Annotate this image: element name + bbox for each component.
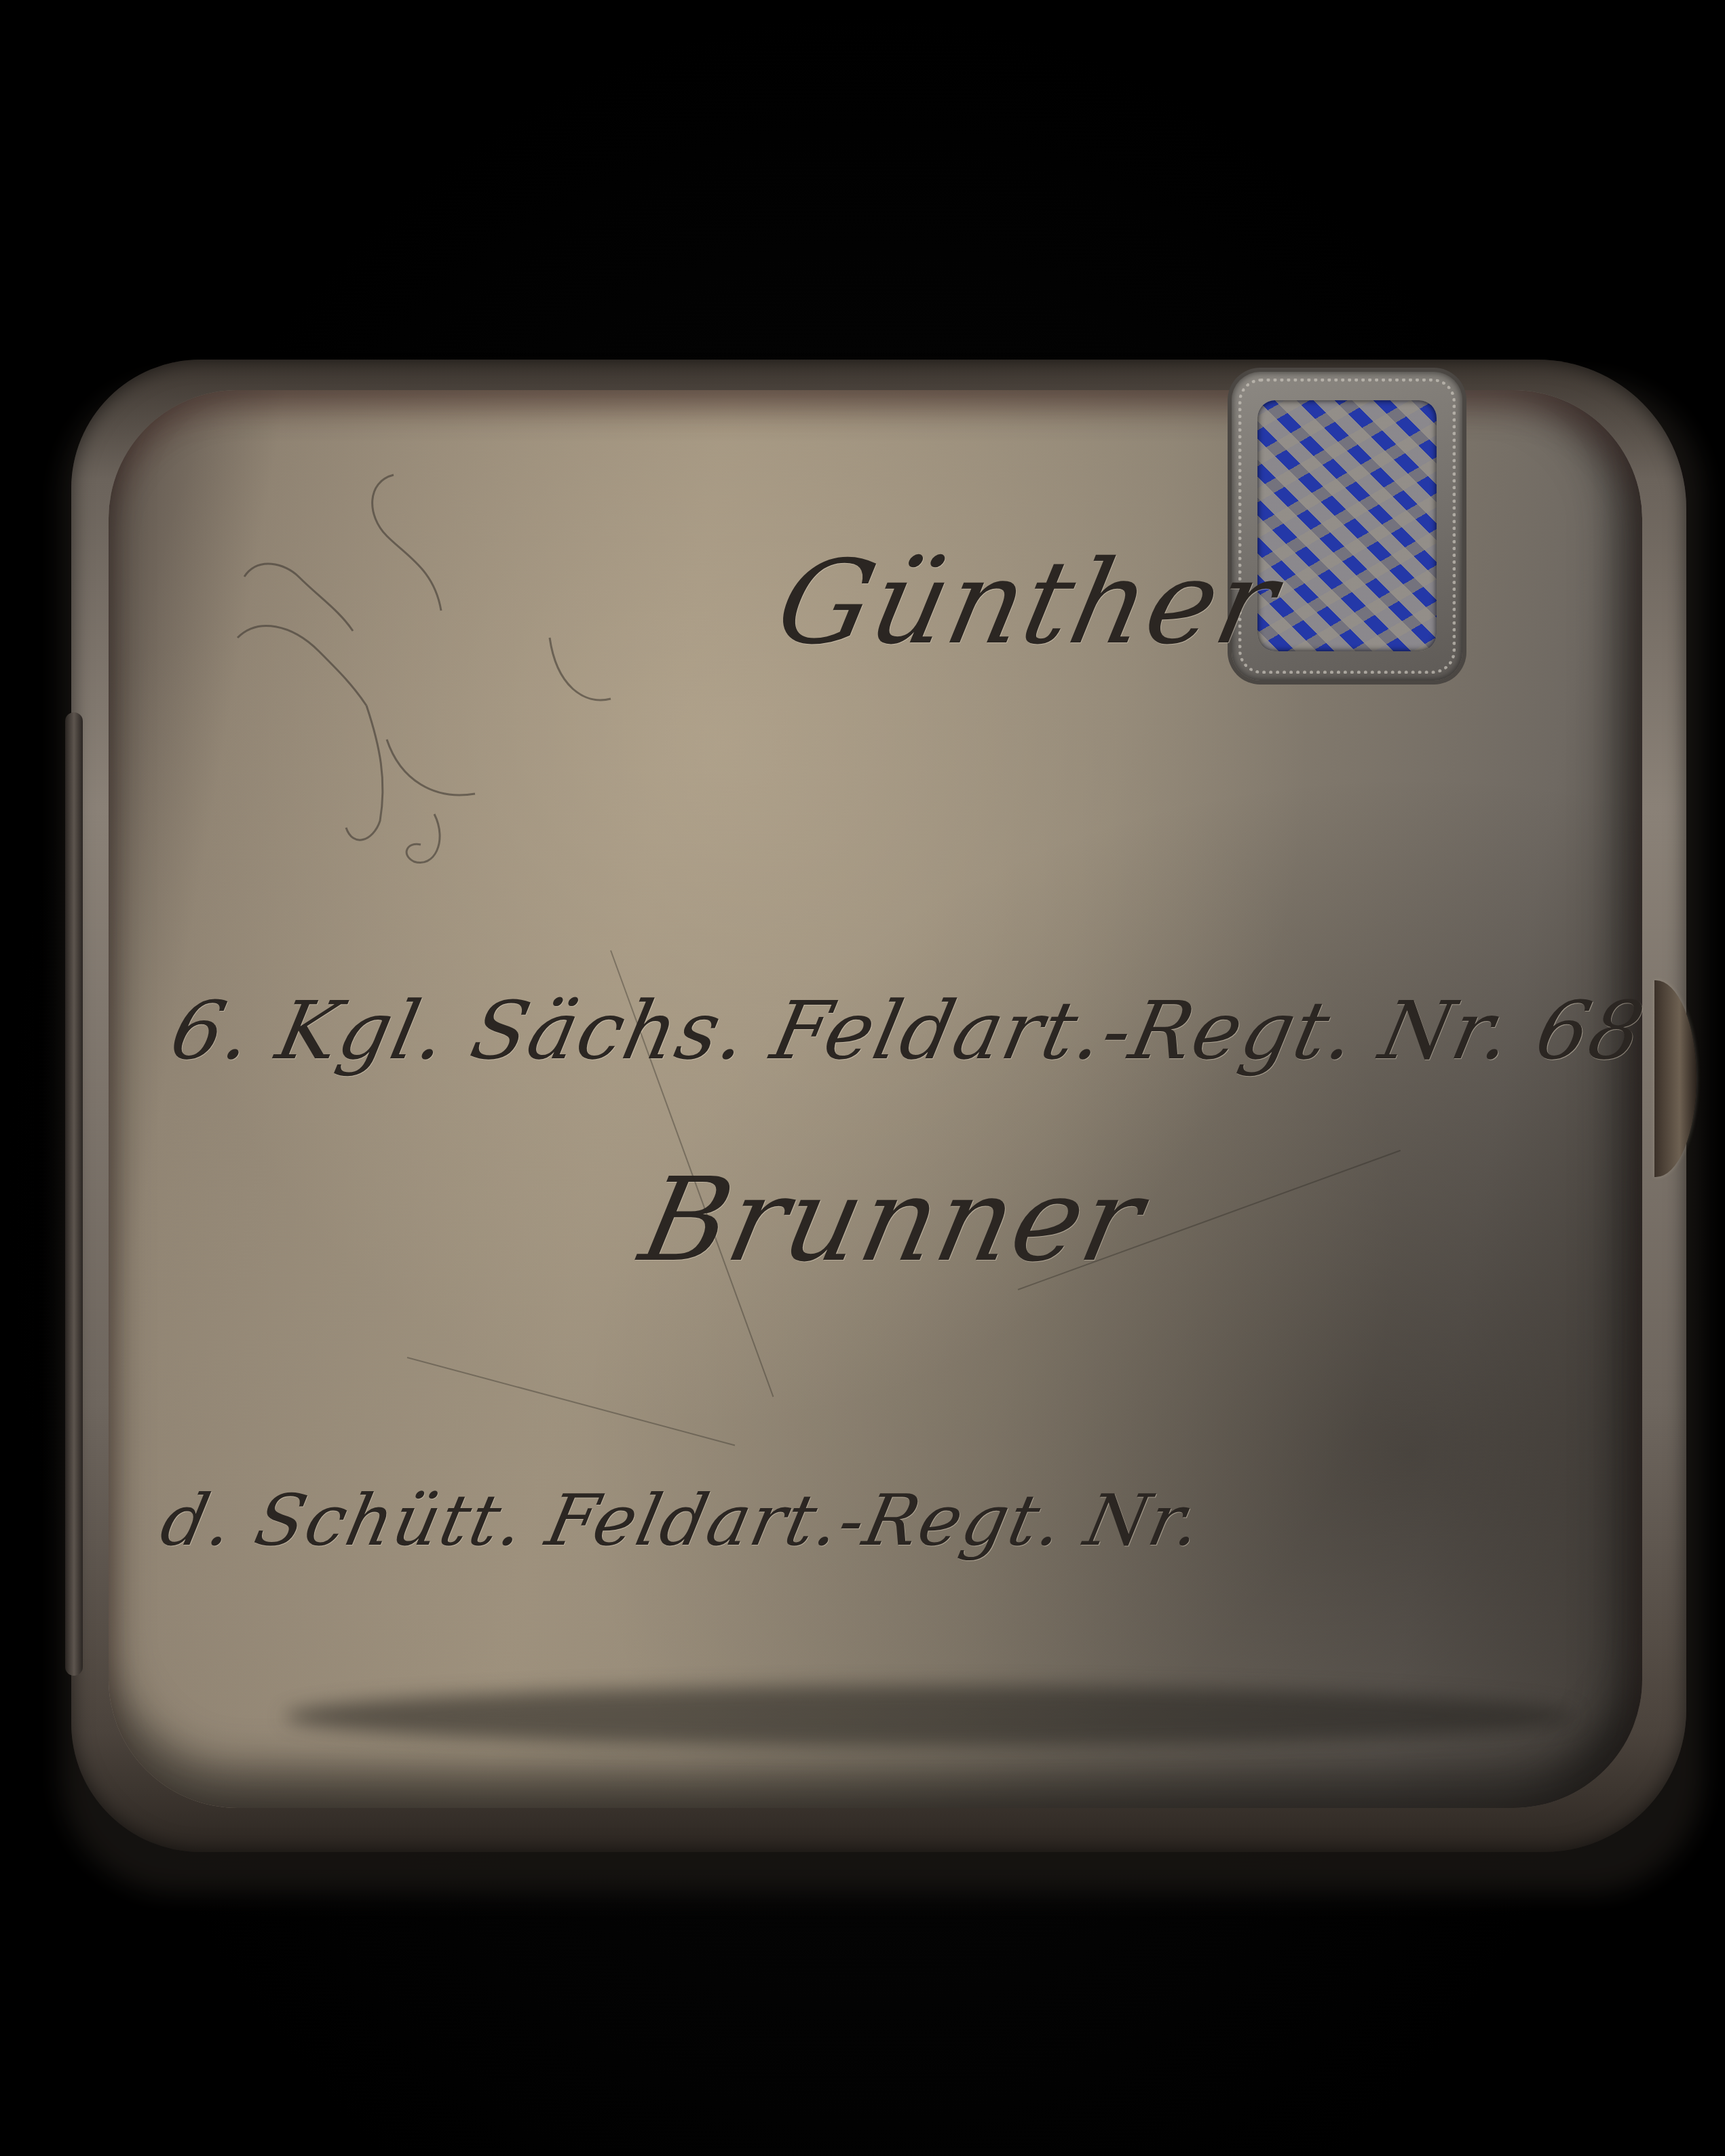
hinge (65, 712, 83, 1676)
lid-shadow-band (285, 1686, 1574, 1747)
engraving-bottom-line: d. Schütt. Feldart.-Regt. Nr. (154, 1479, 1210, 1562)
heraldic-lion-icon (1257, 400, 1437, 651)
engraving-regiment: 6. Kgl. Sächs. Feldart.-Regt. Nr. 68 (163, 984, 1652, 1077)
monogram-flourish-icon (231, 461, 624, 950)
engraving-name: Günther (766, 536, 1289, 670)
